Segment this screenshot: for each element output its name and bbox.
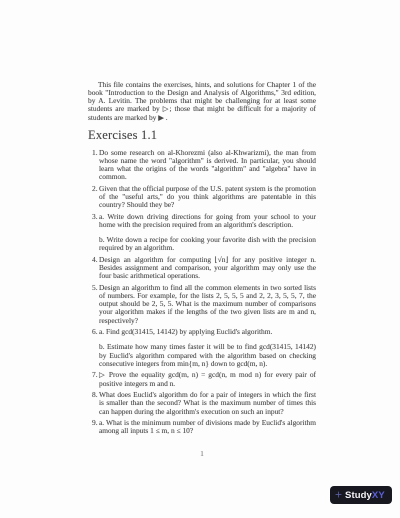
exercise-body: ▷ Prove the equality gcd(m, n) = gcd(n, … [99,371,316,387]
exercise-number: 6. [88,328,99,368]
brand-name: StudyXY [345,490,385,501]
exercise-list: 1. Do some research on al-Khorezmi (also… [88,149,316,436]
exercise-item-9: 9. a. What is the minimum number of divi… [88,419,316,435]
exercise-item-3: 3. a. Write down driving directions for … [88,213,316,253]
exercise-body: a. What is the minimum number of divisio… [99,419,316,435]
brand-name-primary: Study [345,490,372,501]
exercise-item-5: 5. Design an algorithm to find all the c… [88,284,316,325]
exercise-number: 3. [88,213,99,253]
exercise-body: Design an algorithm for computing ⌊√n⌋ f… [99,256,316,280]
document-page: This file contains the exercises, hints,… [0,0,400,518]
exercise-number: 4. [88,256,99,280]
page-number: 1 [88,449,316,458]
exercise-item-1: 1. Do some research on al-Khorezmi (also… [88,149,316,182]
exercise-body: Do some research on al-Khorezmi (also al… [99,149,316,182]
exercise-number: 2. [88,185,99,209]
exercise-body: a. Write down driving directions for goi… [99,213,316,253]
exercise-text-part-b: b. Estimate how many times faster it wil… [99,343,316,367]
exercise-body: Design an algorithm to find all the comm… [99,284,316,325]
plus-icon: + [335,489,342,501]
exercise-item-7: 7. ▷ Prove the equality gcd(m, n) = gcd(… [88,371,316,387]
exercise-number: 5. [88,284,99,325]
page-content: This file contains the exercises, hints,… [88,81,316,435]
exercise-text: What does Euclid's algorithm do for a pa… [99,391,316,415]
exercise-item-2: 2. Given that the official purpose of th… [88,185,316,209]
exercise-text: ▷ Prove the equality gcd(m, n) = gcd(n, … [99,371,316,387]
exercise-body: Given that the official purpose of the U… [99,185,316,209]
exercise-item-8: 8. What does Euclid's algorithm do for a… [88,391,316,415]
exercise-text: a. What is the minimum number of divisio… [99,419,316,435]
exercise-text: Do some research on al-Khorezmi (also al… [99,149,316,182]
exercise-item-6: 6. a. Find gcd(31415, 14142) by applying… [88,328,316,368]
exercise-text: Given that the official purpose of the U… [99,185,316,209]
exercise-text-part-a: a. Write down driving directions for goi… [99,213,316,229]
exercise-body: What does Euclid's algorithm do for a pa… [99,391,316,415]
exercise-text: Design an algorithm for computing ⌊√n⌋ f… [99,256,316,280]
brand-name-secondary: XY [372,490,385,501]
exercise-number: 1. [88,149,99,182]
exercise-text-part-b: b. Write down a recipe for cooking your … [99,236,316,252]
exercise-item-4: 4. Design an algorithm for computing ⌊√n… [88,256,316,280]
exercise-text: Design an algorithm to find all the comm… [99,284,316,325]
exercise-number: 7. [88,371,99,387]
intro-paragraph: This file contains the exercises, hints,… [88,81,316,122]
exercise-number: 9. [88,419,99,435]
section-heading: Exercises 1.1 [88,128,316,143]
exercise-body: a. Find gcd(31415, 14142) by applying Eu… [99,328,316,368]
exercise-number: 8. [88,391,99,415]
studyxy-badge[interactable]: + StudyXY [330,486,392,504]
exercise-text-part-a: a. Find gcd(31415, 14142) by applying Eu… [99,328,316,336]
